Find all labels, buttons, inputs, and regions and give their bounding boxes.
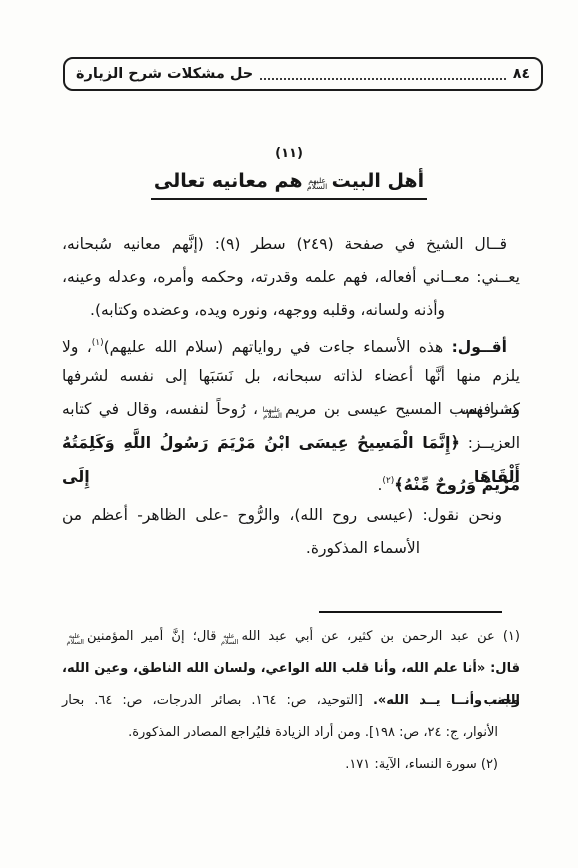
paragraph3-line1: ونحن نقول: (عيسى روح الله)، والرُّوح -عل…	[62, 499, 520, 532]
body-text: قــال الشيخ في صفحة (٢٤٩) سطر (٩): (إنَّ…	[62, 228, 520, 565]
footnote-separator	[319, 611, 502, 613]
chapter-title: أهل البيتعليهم السلامهم معانيه تعالى	[0, 170, 578, 200]
chapter-title-underline: أهل البيتعليهم السلامهم معانيه تعالى	[151, 170, 427, 200]
quran-verse-part2: مَرْيَمَ وَرُوحٌ مِّنْهُ﴾	[394, 475, 520, 494]
running-head-box: حل مشكلات شرح الزيارة ٨٤	[63, 57, 543, 91]
footnote-ref-1: (١)	[92, 338, 104, 348]
dotted-leader	[260, 78, 506, 80]
footnote1-line3: الله، وأنــا يــد الله». [التوحيد، ص: ١٦…	[62, 685, 520, 717]
paragraph2-line3-post: ، رُوحاً لنفسه، وقال في كتابه	[62, 400, 258, 418]
footnote1-line2-lead: قال:	[485, 661, 520, 676]
chapter-title-text-pre: أهل البيت	[332, 170, 425, 192]
page-number: ٨٤	[513, 66, 530, 82]
chapter-title-text-post: هم معانيه تعالى	[154, 170, 303, 192]
verse-lead: العزيــز:	[460, 434, 520, 452]
paragraph2-line3: كمــا نسب المسيح عيسى بن مريمعليهما السل…	[62, 393, 520, 426]
verse-line1: العزيــز: ﴿إِنَّمَا الْمَسِيحُ عِيسَى اب…	[62, 426, 520, 459]
honorific-mark: عليهم السلام	[306, 178, 329, 191]
footnote1-line2: قال: «أنا علم الله، وأنا قلب الله الواعي…	[62, 653, 520, 685]
book-page: حل مشكلات شرح الزيارة ٨٤ (١١) أهل البيتع…	[0, 0, 578, 868]
honorific-mark: عليه السلام	[219, 633, 238, 645]
paragraph2-line3-pre: كمــا نسب المسيح عيسى بن مريم	[285, 400, 520, 418]
footnote1-line1-pre: (١) عن عبد الرحمن بن كثير، عن أبي عبد ال…	[241, 629, 520, 644]
section-number: (١١)	[0, 146, 578, 161]
paragraph2-line1-text: هذه الأسماء جاءت في رواياتهم (سلام الله …	[104, 338, 452, 356]
paragraph2-line1: أقــول: هذه الأسماء جاءت في رواياتهم (سل…	[62, 327, 520, 360]
footnote1-line1-mid: قال؛ إنَّ أمير المؤمنين	[87, 629, 216, 644]
footnote1-sources: [التوحيد، ص: ١٦٤. بصائر الدرجات، ص: ٦٤. …	[62, 693, 373, 708]
footnote1-line1: (١) عن عبد الرحمن بن كثير، عن أبي عبد ال…	[62, 621, 520, 653]
paragraph1-line1: قــال الشيخ في صفحة (٢٤٩) سطر (٩): (إنَّ…	[62, 228, 520, 261]
footnote-ref-2: (٢)	[382, 476, 394, 486]
paragraph2-line1-tail: ، ولا	[62, 338, 92, 356]
honorific-mark: عليهما السلام	[261, 407, 282, 420]
paragraph3-line2: الأسماء المذكورة.	[62, 532, 520, 565]
honorific-mark: عليه السلام	[65, 633, 84, 645]
paragraph1-line2: يعــني: معــاني أفعاله، فهم علمه وقدرته،…	[62, 261, 520, 294]
lead-word-aqul: أقــول:	[452, 338, 507, 356]
paragraph1-line3: وأذنه ولسانه، وقلبه ووجهه، ونوره ويده، و…	[62, 294, 520, 327]
paragraph2-line2: يلزم منها أنَّها أعضاء لذاته سبحانه، بل …	[62, 360, 520, 393]
footnote1-line4: الأنوار، ج: ٢٤، ص: ١٩٨]. ومن أراد الزياد…	[62, 717, 520, 749]
footnotes-block: (١) عن عبد الرحمن بن كثير، عن أبي عبد ال…	[62, 598, 520, 781]
footnote2: (٢) سورة النساء، الآية: ١٧١.	[62, 749, 520, 781]
running-head-title: حل مشكلات شرح الزيارة	[76, 66, 253, 82]
hadith-quote-part2: الله، وأنــا يــد الله».	[373, 693, 520, 708]
